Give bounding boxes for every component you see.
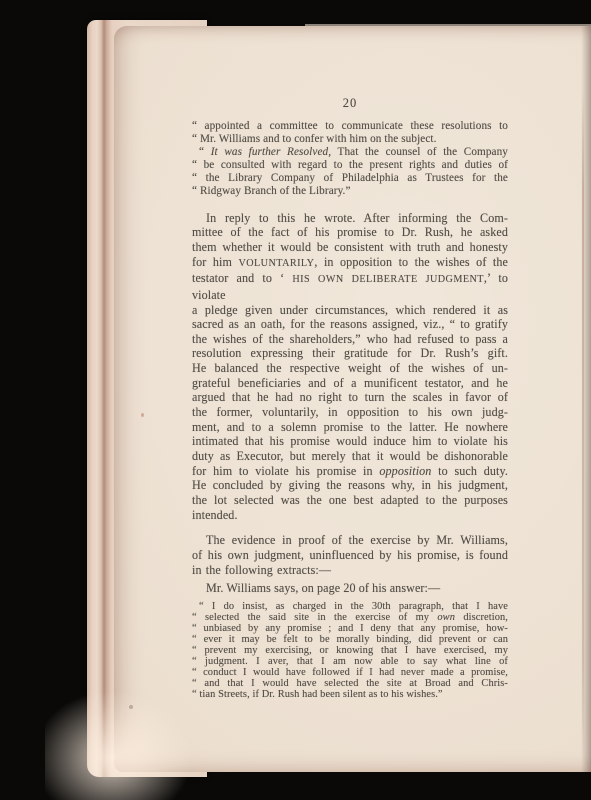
text-line: “ prevent my exercising, or knowing that…: [192, 645, 508, 656]
text-line: intimated that his promise would induce …: [192, 434, 508, 449]
text-line: argued that he had no right to turn the …: [192, 390, 508, 405]
page-number: 20: [192, 96, 508, 111]
text-line: He balanced the respective weight of the…: [192, 361, 508, 376]
paper-speck: [141, 413, 144, 417]
text-line: “ judgment. I aver, that I am now able t…: [192, 656, 508, 667]
text-line: “ I do insist, as charged in the 30th pa…: [192, 601, 508, 612]
text-line: them whether it would be consistent with…: [192, 240, 508, 255]
text-line: “ ever it may be felt to be morally bind…: [192, 634, 508, 645]
text-line: “ Mr. Williams and to confer with him on…: [192, 133, 508, 146]
text-line: intended.: [192, 508, 508, 523]
text-line: the wishes of the shareholders,” who had…: [192, 332, 508, 347]
text-line: the former, voluntarily, in opposition t…: [192, 405, 508, 420]
scanned-book-photo: 20 “ appointed a committee to communicat…: [0, 0, 591, 800]
text-line: He concluded by giving the reasons why, …: [192, 478, 508, 493]
text-line: The evidence in proof of the exercise by…: [192, 533, 508, 548]
text-line: In reply to this he wrote. After informi…: [192, 211, 508, 226]
page-content: 20 “ appointed a committee to communicat…: [192, 96, 508, 700]
quoted-resolution-block: “ appointed a committee to communicate t…: [192, 120, 508, 199]
text-line: “ appointed a committee to communicate t…: [192, 120, 508, 133]
text-line: duty as Executor, but merely that it wou…: [192, 449, 508, 464]
text-line: for him VOLUNTARILY, in opposition to th…: [192, 255, 508, 272]
text-line: “ It was further Resolved, That the coun…: [192, 146, 508, 159]
text-line: of his own judgment, uninfluenced by his…: [192, 548, 508, 563]
text-line: for him to violate his promise in opposi…: [192, 464, 508, 479]
text-line: “ selected the said site in the exercise…: [192, 612, 508, 623]
text-line: Mr. Williams says, on page 20 of his ans…: [192, 581, 508, 596]
text-line: “ Ridgway Branch of the Library.”: [192, 185, 508, 198]
text-line: “ the Library Company of Philadelphia as…: [192, 172, 508, 185]
text-line: resolution expressing their gratitude fo…: [192, 346, 508, 361]
quoted-answer-block: “ I do insist, as charged in the 30th pa…: [192, 601, 508, 700]
text-line: the lot selected was the one best adapte…: [192, 493, 508, 508]
text-line: “ tian Streets, if Dr. Rush had been sil…: [192, 689, 508, 700]
text-line: “ and that I would have selected the sit…: [192, 678, 508, 689]
body-paragraph: Mr. Williams says, on page 20 of his ans…: [192, 581, 508, 596]
text-line: testator and to ‘ HIS OWN DELIBERATE JUD…: [192, 271, 508, 302]
text-line: “ conduct I would have followed if I had…: [192, 667, 508, 678]
text-line: in the following extracts:—: [192, 563, 508, 578]
text-line: grateful beneficiaries and of a munifice…: [192, 376, 508, 391]
paper-speck: [129, 705, 133, 709]
page-right-edge-shadow: [581, 26, 591, 772]
text-line: ment, and to a solemn promise to the lat…: [192, 420, 508, 435]
text-line: mittee of the fact of his promise to Dr.…: [192, 225, 508, 240]
text-line: “ be consulted with regard to the presen…: [192, 159, 508, 172]
body-paragraph: The evidence in proof of the exercise by…: [192, 533, 508, 577]
text-line: sacred as an oath, for the reasons assig…: [192, 317, 508, 332]
text-line: a pledge given under circumstances, whic…: [192, 303, 508, 318]
body-paragraph: In reply to this he wrote. After informi…: [192, 211, 508, 523]
text-line: “ unbiased by any promise ; and I deny t…: [192, 623, 508, 634]
